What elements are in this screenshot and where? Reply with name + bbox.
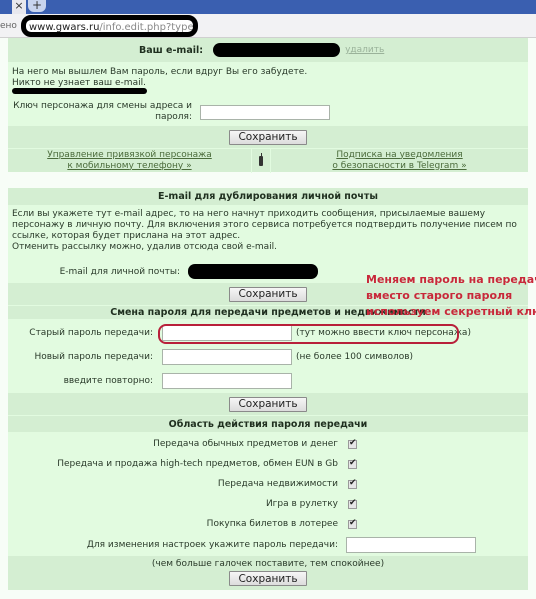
address-bar[interactable]: ено www.gwars.ru/info.edit.php?type=secu…	[0, 14, 536, 38]
url-field[interactable]: www.gwars.ru/info.edit.php?type=security	[21, 15, 198, 37]
scope-options: Передача обычных предметов и денег Перед…	[8, 432, 528, 556]
links-row: Управление привязкой персонажа к мобильн…	[8, 148, 528, 172]
mail-dup-desc-2: Отменить рассылку можно, удалив отсюда с…	[12, 242, 524, 253]
scope-checkbox-roulette[interactable]	[348, 500, 357, 509]
scope-password-row: Для изменения настроек укажите пароль пе…	[8, 534, 528, 556]
scope-option-label: Передача и продажа high-tech предметов, …	[8, 459, 338, 469]
email-row: Ваш e-mail: удалить	[8, 38, 528, 62]
save-transfer-password-button[interactable]: Сохранить	[229, 397, 306, 412]
redacted-text	[12, 88, 147, 94]
new-password-hint: (не более 100 символов)	[296, 352, 413, 362]
scope-checkbox-items-money[interactable]	[348, 440, 357, 449]
mail-dup-title: E-mail для дублирования личной почты	[8, 188, 528, 205]
close-tab-icon[interactable]: ×	[12, 0, 26, 14]
save-scope-button[interactable]: Сохранить	[229, 571, 306, 586]
scope-option: Передача обычных предметов и денег	[8, 434, 528, 454]
new-password-input[interactable]	[162, 349, 292, 365]
scope-password-label: Для изменения настроек укажите пароль пе…	[8, 540, 338, 550]
scope-option: Передача и продажа high-tech предметов, …	[8, 454, 528, 474]
repeat-password-input[interactable]	[162, 373, 292, 389]
new-tab-icon[interactable]: +	[28, 0, 46, 12]
email-field-redacted[interactable]	[213, 43, 340, 57]
save-personal-email-button[interactable]: Сохранить	[229, 287, 306, 302]
scope-option-label: Передача обычных предметов и денег	[8, 439, 338, 449]
repeat-password-label: введите повторно:	[8, 376, 153, 386]
old-password-row: Старый пароль передачи: (тут можно ввест…	[8, 321, 528, 345]
mail-dup-description: Если вы укажете тут e-mail адрес, то на …	[8, 205, 528, 260]
scope-option-label: Игра в рулетку	[8, 499, 338, 509]
character-key-input[interactable]	[200, 105, 330, 120]
mobile-link-line2[interactable]: к мобильному телефону »	[8, 161, 251, 172]
old-password-input[interactable]	[162, 325, 292, 341]
mail-dup-desc-1: Если вы укажете тут e-mail адрес, то на …	[12, 209, 524, 242]
save-email-button[interactable]: Сохранить	[229, 130, 306, 145]
scope-option-label: Передача недвижимости	[8, 479, 338, 489]
scope-option: Покупка билетов в лотерее	[8, 514, 528, 534]
repeat-password-row: введите повторно:	[8, 369, 528, 393]
scope-option: Игра в рулетку	[8, 494, 528, 514]
address-security-label: ено	[0, 21, 17, 31]
url-path: /info.edit.php?type=security	[99, 22, 198, 33]
new-password-label: Новый пароль передачи:	[8, 352, 153, 362]
mobile-link-line1[interactable]: Управление привязкой персонажа	[8, 150, 251, 161]
scope-option-label: Покупка билетов в лотерее	[8, 519, 338, 529]
old-password-label: Старый пароль передачи:	[8, 328, 153, 338]
delete-email-link[interactable]: удалить	[345, 45, 384, 55]
scope-option: Передача недвижимости	[8, 474, 528, 494]
new-password-row: Новый пароль передачи: (не более 100 сим…	[8, 345, 528, 369]
annotation-text: Меняем пароль на передачу, вместо старог…	[366, 272, 536, 320]
url-host: www.gwars.ru	[29, 22, 99, 33]
scope-checkbox-realty[interactable]	[348, 480, 357, 489]
personal-email-field-redacted[interactable]	[188, 264, 318, 279]
telegram-link-line1[interactable]: Подписка на уведомления	[271, 150, 528, 161]
email-note-line1: На него мы вышлем Вам пароль, если вдруг…	[12, 67, 524, 78]
key-row: Ключ персонажа для смены адреса и пароля…	[8, 98, 528, 126]
scope-checkbox-hightech[interactable]	[348, 460, 357, 469]
scope-password-input[interactable]	[346, 537, 476, 553]
email-label: Ваш e-mail:	[139, 45, 203, 56]
personal-email-label: E-mail для личной почты:	[8, 267, 180, 277]
browser-tab-bar: × +	[0, 0, 536, 14]
old-password-hint: (тут можно ввести ключ персонажа)	[296, 328, 471, 338]
telegram-link-line2[interactable]: о безопасности в Telegram »	[271, 161, 528, 172]
scope-footer-note: (чем больше галочек поставите, тем споко…	[8, 559, 528, 570]
scope-title: Область действия пароля передачи	[8, 415, 528, 432]
key-label: Ключ персонажа для смены адреса и пароля…	[8, 101, 192, 123]
scope-checkbox-lottery[interactable]	[348, 520, 357, 529]
mobile-phone-icon	[251, 149, 271, 173]
